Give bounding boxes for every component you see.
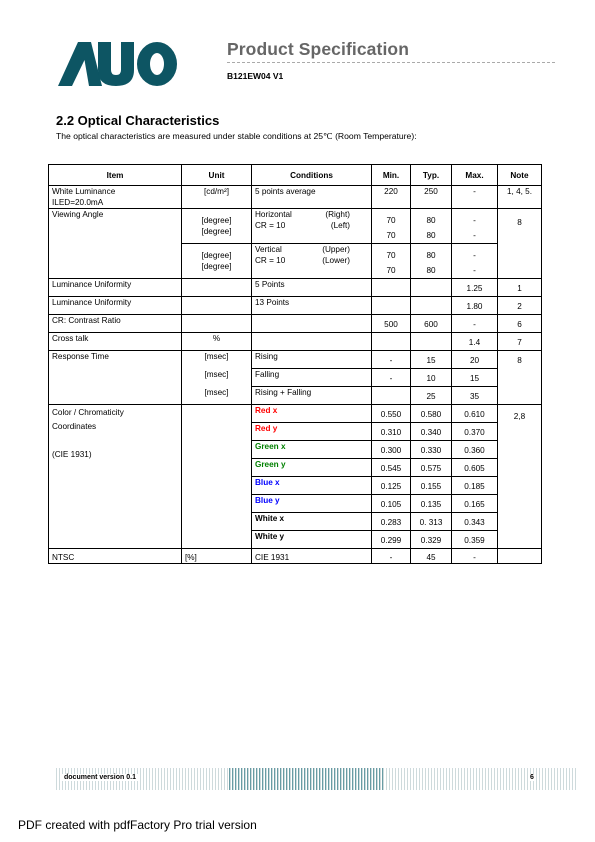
auo-logo [58, 42, 178, 86]
max-cell: 1.4 [452, 333, 498, 351]
cond-cell [252, 333, 372, 351]
max-cell: 0.605 [452, 459, 498, 477]
table-row: Cross talk % 1.4 7 [49, 333, 542, 351]
typ-cell: 0.155 [411, 477, 452, 495]
cond-cell: Blue y [252, 495, 372, 513]
note-cell: 8 [498, 209, 542, 279]
typ-cell: 45 [411, 549, 452, 564]
min-cell: 0.105 [372, 495, 411, 513]
unit-cell: [degree][degree] [182, 209, 252, 244]
note-cell: 8 [498, 351, 542, 405]
cond-cell: Green x [252, 441, 372, 459]
min-cell: 70 [372, 244, 411, 263]
unit-cell: [msec] [182, 351, 252, 369]
max-cell: - [452, 228, 498, 244]
model-number: B121EW04 V1 [227, 71, 283, 81]
item-cell: CR: Contrast Ratio [49, 315, 182, 333]
note-cell: 6 [498, 315, 542, 333]
item-cell: Luminance Uniformity [49, 297, 182, 315]
max-cell: - [452, 209, 498, 228]
min-cell: 0.299 [372, 531, 411, 549]
item-cell: White LuminanceILED=20.0mA [49, 186, 182, 209]
note-cell: 1 [498, 279, 542, 297]
min-cell: 220 [372, 186, 411, 209]
max-cell: 35 [452, 387, 498, 405]
item-cell: NTSC [49, 549, 182, 564]
typ-cell [411, 297, 452, 315]
typ-cell: 0.575 [411, 459, 452, 477]
typ-cell: 0.340 [411, 423, 452, 441]
min-cell: 0.545 [372, 459, 411, 477]
min-cell [372, 333, 411, 351]
max-cell: - [452, 315, 498, 333]
min-cell: - [372, 549, 411, 564]
typ-cell: 25 [411, 387, 452, 405]
typ-cell: 80 [411, 244, 452, 263]
max-cell: - [452, 244, 498, 263]
cond-cell: Horizontal(Right) CR = 10(Left) [252, 209, 372, 244]
min-cell: 70 [372, 209, 411, 228]
header-unit: Unit [182, 165, 252, 186]
item-cell: Cross talk [49, 333, 182, 351]
typ-cell: 600 [411, 315, 452, 333]
unit-cell: [%] [182, 549, 252, 564]
cond-cell [252, 315, 372, 333]
typ-cell: 0.135 [411, 495, 452, 513]
cond-cell: 5 points average [252, 186, 372, 209]
typ-cell: 0. 313 [411, 513, 452, 531]
cond-cell: Red y [252, 423, 372, 441]
cond-cell: White x [252, 513, 372, 531]
min-cell: 70 [372, 228, 411, 244]
min-cell: - [372, 369, 411, 387]
table-row: Luminance Uniformity 13 Points 1.80 2 [49, 297, 542, 315]
min-cell [372, 387, 411, 405]
unit-cell [182, 279, 252, 297]
section-title: 2.2 Optical Characteristics [56, 113, 219, 128]
document-version: document version 0.1 [62, 774, 138, 781]
cond-cell: Falling [252, 369, 372, 387]
page-title: Product Specification [227, 39, 409, 60]
pdf-watermark: PDF created with pdfFactory Pro trial ve… [18, 818, 257, 832]
table-row: Color / Chromaticity Coordinates (CIE 19… [49, 405, 542, 423]
header-min: Min. [372, 165, 411, 186]
note-cell: 1, 4, 5. [498, 186, 542, 209]
page-footer: document version 0.1 6 [56, 768, 578, 790]
min-cell: 500 [372, 315, 411, 333]
cond-cell: CIE 1931 [252, 549, 372, 564]
max-cell: 0.610 [452, 405, 498, 423]
typ-cell [411, 279, 452, 297]
table-row: Luminance Uniformity 5 Points 1.25 1 [49, 279, 542, 297]
typ-cell: 250 [411, 186, 452, 209]
note-cell [498, 549, 542, 564]
typ-cell: 80 [411, 209, 452, 228]
item-cell: Viewing Angle [49, 209, 182, 279]
header-item: Item [49, 165, 182, 186]
max-cell: 15 [452, 369, 498, 387]
cond-cell: White y [252, 531, 372, 549]
table-row: CR: Contrast Ratio 500 600 - 6 [49, 315, 542, 333]
min-cell: 0.125 [372, 477, 411, 495]
max-cell: 0.343 [452, 513, 498, 531]
typ-cell: 80 [411, 228, 452, 244]
max-cell: - [452, 549, 498, 564]
max-cell: 1.80 [452, 297, 498, 315]
cond-cell: Rising + Falling [252, 387, 372, 405]
table-header-row: Item Unit Conditions Min. Typ. Max. Note [49, 165, 542, 186]
table-row: White LuminanceILED=20.0mA [cd/m²] 5 poi… [49, 186, 542, 209]
max-cell: 0.370 [452, 423, 498, 441]
cond-cell: 13 Points [252, 297, 372, 315]
min-cell [372, 297, 411, 315]
unit-cell: [cd/m²] [182, 186, 252, 209]
section-description: The optical characteristics are measured… [56, 131, 417, 142]
unit-cell [182, 405, 252, 549]
min-cell: 0.283 [372, 513, 411, 531]
header-divider [227, 62, 555, 63]
item-cell: Luminance Uniformity [49, 279, 182, 297]
cond-cell: Red x [252, 405, 372, 423]
table-row: NTSC [%] CIE 1931 - 45 - [49, 549, 542, 564]
unit-cell [182, 297, 252, 315]
typ-cell: 0.330 [411, 441, 452, 459]
min-cell: 0.310 [372, 423, 411, 441]
item-cell: Color / Chromaticity Coordinates (CIE 19… [49, 405, 182, 549]
min-cell [372, 279, 411, 297]
table-row: Viewing Angle [degree][degree] Horizonta… [49, 209, 542, 228]
unit-cell: [msec] [182, 387, 252, 405]
min-cell: 70 [372, 263, 411, 279]
min-cell: 0.550 [372, 405, 411, 423]
typ-cell: 0.580 [411, 405, 452, 423]
note-cell: 2 [498, 297, 542, 315]
cond-cell: Blue x [252, 477, 372, 495]
max-cell: - [452, 263, 498, 279]
max-cell: 0.185 [452, 477, 498, 495]
typ-cell [411, 333, 452, 351]
note-cell: 2,8 [498, 405, 542, 549]
footer-dot-pattern-accent [229, 768, 384, 790]
typ-cell: 10 [411, 369, 452, 387]
header-conditions: Conditions [252, 165, 372, 186]
max-cell: 1.25 [452, 279, 498, 297]
table-row: Response Time [msec] Rising - 15 20 8 [49, 351, 542, 369]
max-cell: - [452, 186, 498, 209]
cond-cell: Vertical(Upper) CR = 10(Lower) [252, 244, 372, 279]
header-max: Max. [452, 165, 498, 186]
min-cell: - [372, 351, 411, 369]
unit-cell: % [182, 333, 252, 351]
unit-cell: [msec] [182, 369, 252, 387]
unit-cell: [degree][degree] [182, 244, 252, 279]
cond-cell: 5 Points [252, 279, 372, 297]
cond-cell: Rising [252, 351, 372, 369]
note-cell: 7 [498, 333, 542, 351]
max-cell: 20 [452, 351, 498, 369]
max-cell: 0.360 [452, 441, 498, 459]
max-cell: 0.359 [452, 531, 498, 549]
min-cell: 0.300 [372, 441, 411, 459]
header-typ: Typ. [411, 165, 452, 186]
page-number: 6 [528, 774, 536, 781]
unit-cell [182, 315, 252, 333]
typ-cell: 0.329 [411, 531, 452, 549]
typ-cell: 15 [411, 351, 452, 369]
max-cell: 0.165 [452, 495, 498, 513]
cond-cell: Green y [252, 459, 372, 477]
item-cell: Response Time [49, 351, 182, 405]
header-note: Note [498, 165, 542, 186]
optical-characteristics-table: Item Unit Conditions Min. Typ. Max. Note… [48, 164, 542, 564]
typ-cell: 80 [411, 263, 452, 279]
